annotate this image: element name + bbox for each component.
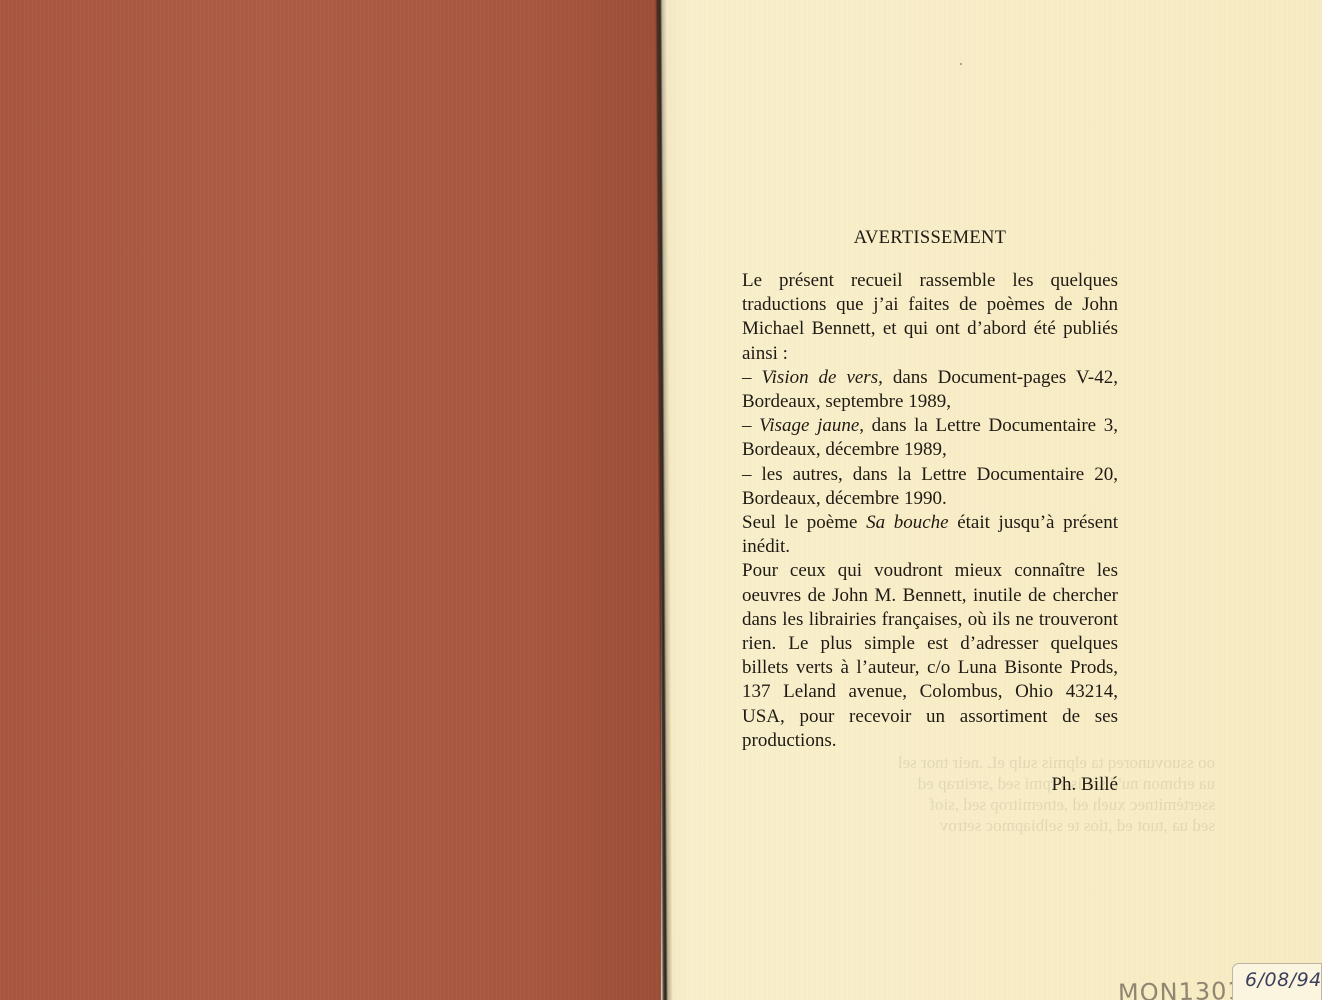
paragraph-item-1: – Vision de vers, dans Document-pages V-… [742, 366, 1118, 414]
paragraph-contact: Pour ceux qui voudront mieux connaître l… [742, 559, 1118, 753]
title-visage-jaune: Visage jaune [759, 415, 859, 436]
book-spread: oo ssuovunoreq ta elpmis sulp eL .neir t… [0, 0, 1322, 1000]
paragraph-item-2: – Visage jaune, dans la Lettre Documenta… [742, 414, 1118, 462]
foreword: AVERTISSEMENT Le présent recueil rassemb… [742, 226, 1118, 797]
paragraph-intro: Le présent recueil rassemble les quelque… [742, 269, 1118, 366]
paragraph-item-3: – les autres, dans la Lettre Documentair… [742, 463, 1118, 511]
title-sa-bouche: Sa bouche [866, 512, 949, 533]
date-sticker: 6/08/94 [1232, 963, 1322, 1000]
date-sticker-text: 6/08/94 [1245, 969, 1322, 991]
signature: Ph. Billé [742, 773, 1118, 797]
handwritten-call-number: MON1301 [1118, 977, 1244, 1000]
dust-speck [960, 63, 962, 65]
foreword-title: AVERTISSEMENT [742, 226, 1118, 250]
foreword-body: Le présent recueil rassemble les quelque… [742, 269, 1118, 753]
back-cover [0, 0, 661, 1000]
paragraph-unpublished: Seul le poème Sa bouche était jusqu’à pr… [742, 511, 1118, 559]
title-vision-de-vers: Vision de vers [761, 367, 878, 388]
